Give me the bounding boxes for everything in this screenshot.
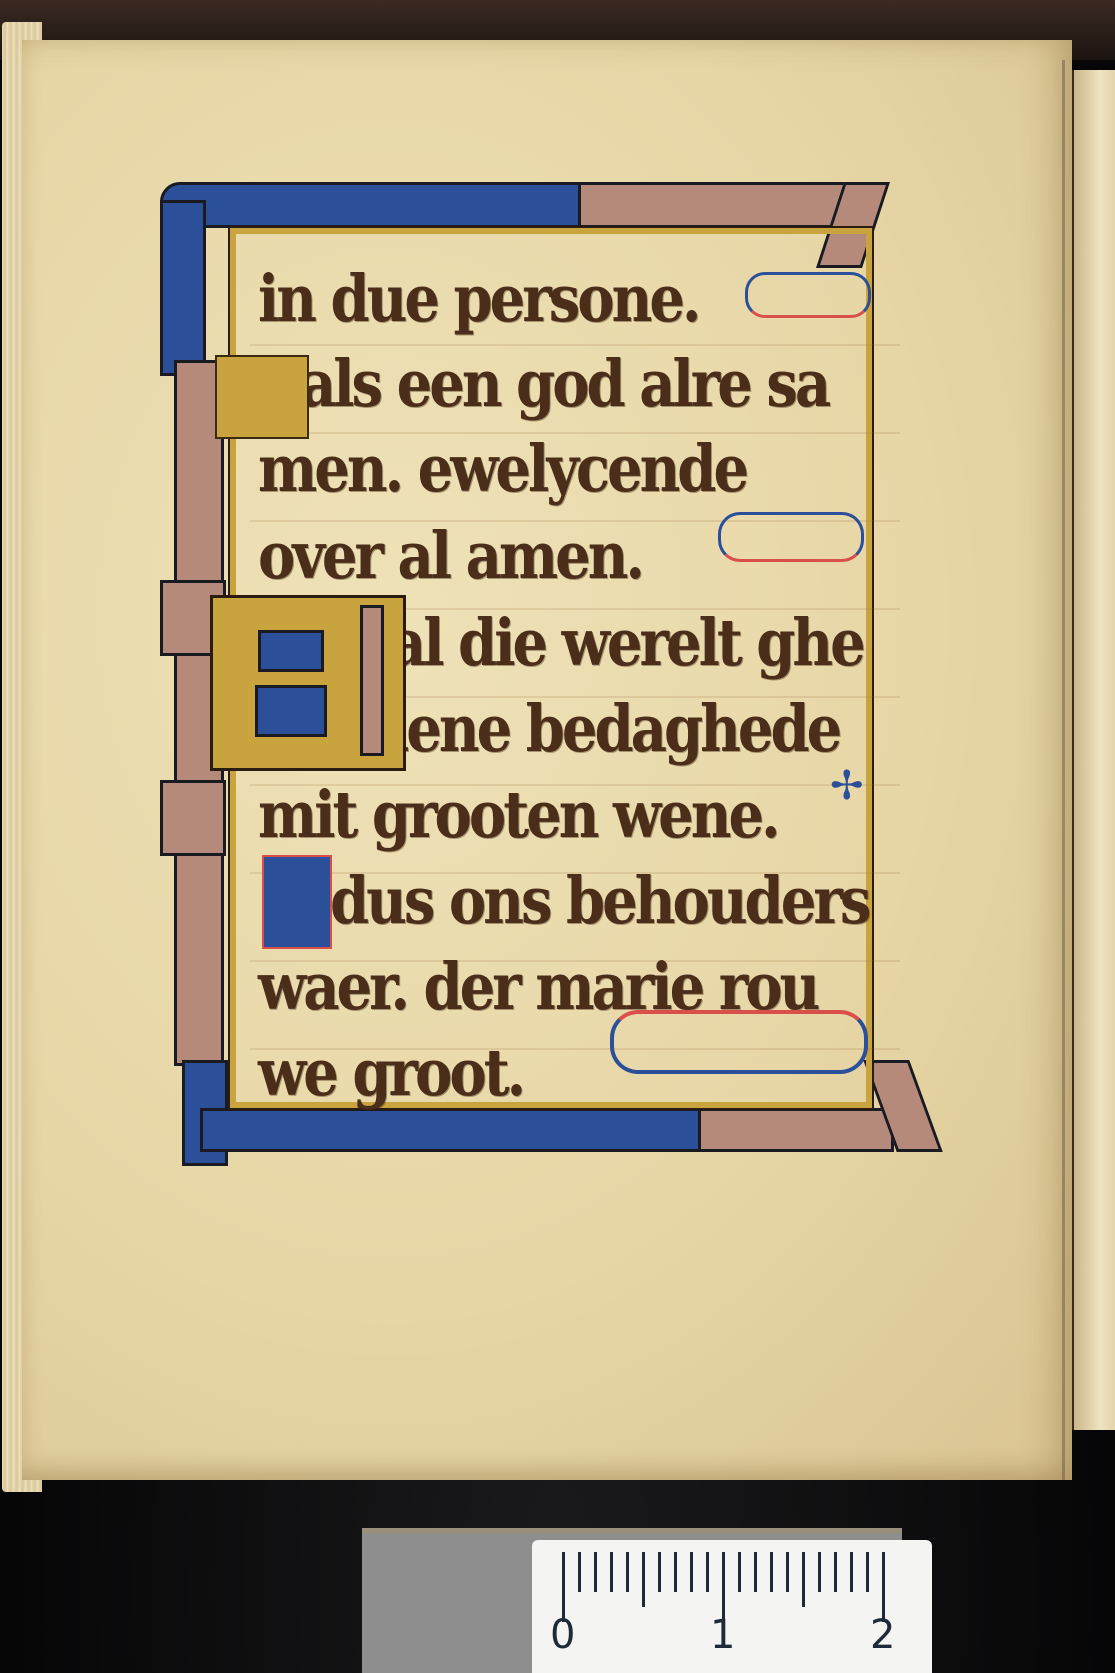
- ruler-tick: [770, 1552, 773, 1592]
- ruler-tick: [610, 1552, 613, 1592]
- gutter: [1062, 60, 1065, 1480]
- ruler-label-0: 0: [550, 1612, 575, 1658]
- ruler-tick: [818, 1552, 821, 1592]
- ruler-tick: [626, 1552, 629, 1592]
- text-line-1: in due persone.: [258, 261, 699, 337]
- text-line-3: men. ewelycende: [258, 431, 746, 507]
- text-line-4: over al amen.: [258, 518, 642, 594]
- ruler-tick: [866, 1552, 869, 1592]
- ruler-tick: [674, 1552, 677, 1592]
- ruler-tick: [658, 1552, 661, 1592]
- ruler-tick: [786, 1552, 789, 1592]
- initial-blue-panel-1: [258, 630, 324, 672]
- text-line-10: we groot.: [258, 1035, 523, 1111]
- ruler-tick: [594, 1552, 597, 1592]
- border-top-pink: [578, 182, 874, 228]
- line-filler-2: [718, 512, 864, 562]
- initial-gold-a: [215, 355, 309, 439]
- ruler-tick: [850, 1552, 853, 1592]
- border-top-blue: [160, 182, 586, 228]
- ruler-tick: [754, 1552, 757, 1592]
- ruler-tick: [834, 1552, 837, 1592]
- initial-pink-stem: [360, 605, 384, 756]
- ruler-label-1: 1: [710, 1612, 735, 1658]
- text-line-7: mit grooten wene.: [258, 777, 778, 853]
- initial-blue-panel-2: [255, 685, 327, 737]
- scale-ruler: 0 1 2: [532, 1540, 932, 1673]
- line-filler-3: [610, 1010, 868, 1074]
- initial-blue-d: [262, 855, 332, 949]
- border-left-notch-2: [160, 780, 226, 856]
- ruler-tick: [802, 1552, 805, 1607]
- text-line-5: al die werelt ghe: [390, 605, 863, 681]
- text-line-6: mene bedaghede: [350, 691, 839, 767]
- border-bottom-pink: [698, 1108, 894, 1152]
- ruler-tick: [690, 1552, 693, 1592]
- text-line-2: als een god alre sa: [300, 346, 828, 422]
- border-left-blue-top: [160, 200, 206, 376]
- facing-page-edge: [1072, 70, 1115, 1430]
- line-filler-1: [745, 272, 871, 318]
- ruler-tick: [738, 1552, 741, 1592]
- ruler-tick: [642, 1552, 645, 1607]
- ruler-tick: [706, 1552, 709, 1592]
- ruler-tick: [578, 1552, 581, 1592]
- border-bottom-blue: [200, 1108, 706, 1152]
- text-line-8: dus ons behouders: [330, 863, 868, 939]
- ruler-label-2: 2: [870, 1612, 895, 1658]
- blue-cross-ornament: ✢: [830, 768, 866, 804]
